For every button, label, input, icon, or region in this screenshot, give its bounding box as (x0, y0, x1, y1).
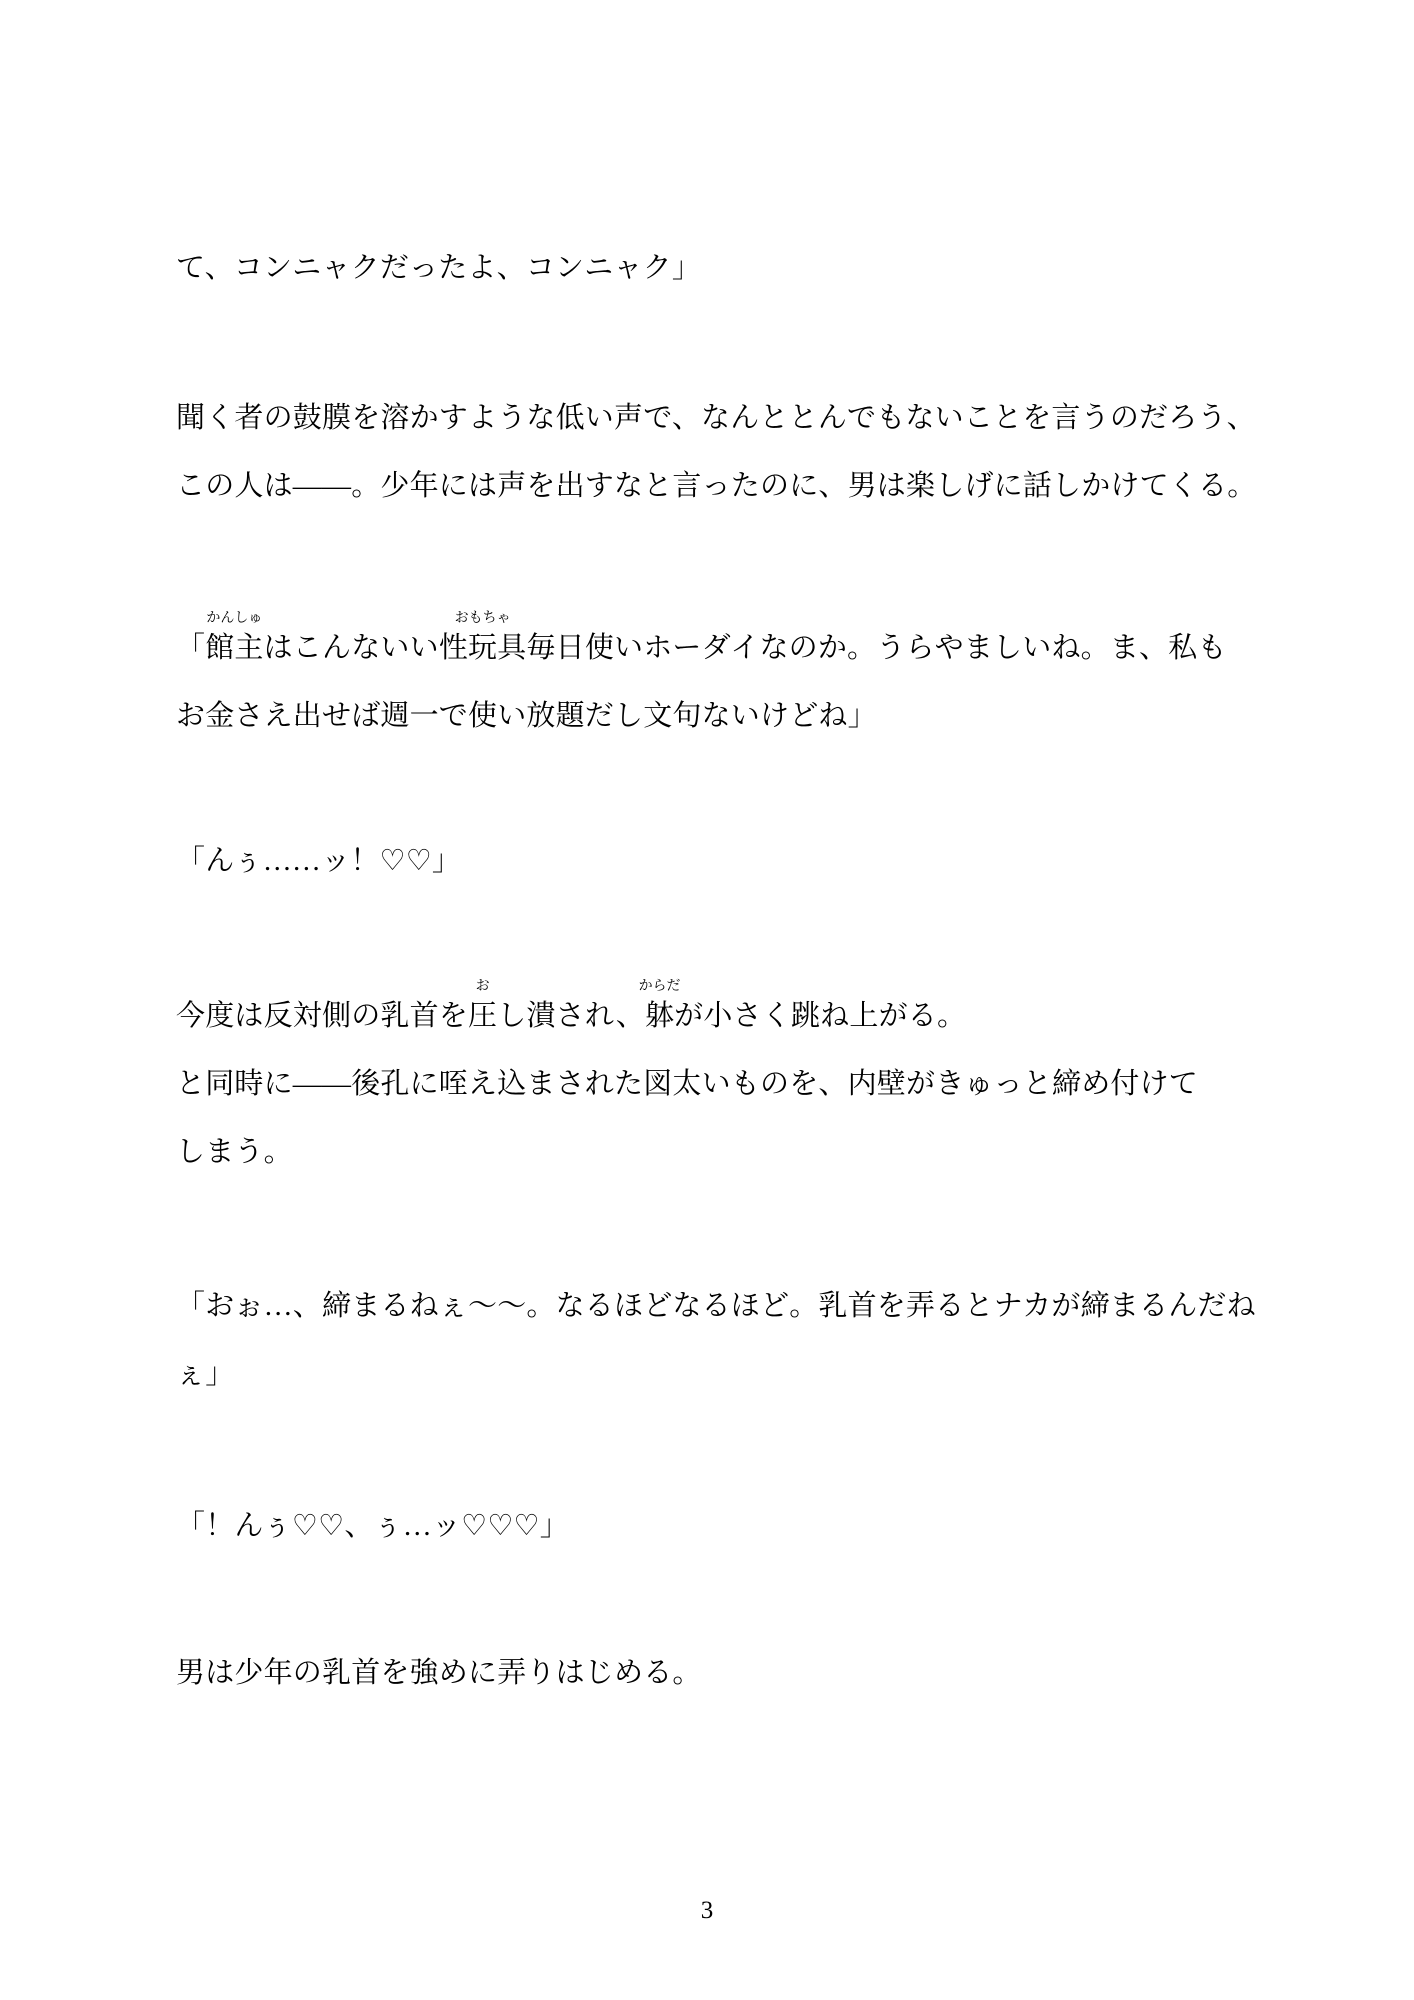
text-line: 「館主かんしゅはこんないい性玩具おもちゃ毎日使いホーダイなのか。うらやましいね。… (176, 614, 1274, 682)
ruby-text: おもちゃ (455, 612, 511, 626)
paragraph-5: 今度は反対側の乳首を圧おし潰され、躰からだが小さく跳ね上がる。と同時に――後孔に… (176, 982, 1274, 1186)
ruby-annotated-text: 性玩具おもちゃ (439, 625, 527, 666)
ruby-annotated-text: 圧お (468, 993, 497, 1034)
paragraph-6: 「おぉ…、締まるねぇ～～。なるほどなるほど。乳首を弄るとナカが締まるんだねぇ」 (176, 1272, 1274, 1408)
document-page: て、コンニャクだったよ、コンニャク」聞く者の鼓膜を溶かすような低い声で、なんとと… (0, 0, 1414, 2000)
text-segment: が小さく跳ね上がる。 (674, 1000, 966, 1032)
page-number: 3 (0, 1896, 1414, 1926)
text-line: 聞く者の鼓膜を溶かすような低い声で、なんととんでもないことを言うのだろう、 (176, 384, 1274, 452)
text-segment: と同時に――後孔に咥え込まされた図太いものを、内壁がきゅっと締め付けて (176, 1068, 1198, 1100)
text-line: 「んぅ……ッ！♡♡」 (176, 827, 1274, 895)
paragraph-2: 聞く者の鼓膜を溶かすような低い声で、なんととんでもないことを言うのだろう、この人… (176, 384, 1274, 520)
paragraph-3: 「館主かんしゅはこんないい性玩具おもちゃ毎日使いホーダイなのか。うらやましいね。… (176, 614, 1274, 750)
text-line: ぇ」 (176, 1340, 1274, 1408)
text-segment: ぇ」 (176, 1358, 234, 1390)
text-segment: 毎日使いホーダイなのか。うらやましいね。ま、私も (526, 632, 1226, 664)
text-line: この人は――。少年には声を出すなと言ったのに、男は楽しげに話しかけてくる。 (176, 452, 1274, 520)
paragraph-8: 男は少年の乳首を強めに弄りはじめる。 (176, 1639, 1274, 1707)
text-segment: 「おぉ…、締まるねぇ～～。なるほどなるほど。乳首を弄るとナカが締まるんだね (176, 1290, 1256, 1322)
text-segment: この人は――。少年には声を出すなと言ったのに、男は楽しげに話しかけてくる。 (176, 470, 1256, 502)
text-segment: 男は少年の乳首を強めに弄りはじめる。 (176, 1657, 702, 1689)
text-line: 男は少年の乳首を強めに弄りはじめる。 (176, 1639, 1274, 1707)
ruby-annotated-text: 館主かんしゅ (205, 625, 263, 666)
text-segment: しまう。 (176, 1136, 293, 1168)
text-segment: 今度は反対側の乳首を (176, 1000, 468, 1032)
text-segment: し潰され、 (497, 1000, 645, 1032)
ruby-text: かんしゅ (206, 612, 262, 626)
ruby-text: お (476, 980, 490, 994)
paragraph-7: 「！んぅ♡♡、ぅ…ッ♡♡♡」 (176, 1492, 1274, 1560)
text-line: 「！んぅ♡♡、ぅ…ッ♡♡♡」 (176, 1492, 1274, 1560)
text-segment: 「！んぅ♡♡、ぅ…ッ♡♡♡」 (176, 1510, 569, 1542)
text-line: と同時に――後孔に咥え込まされた図太いものを、内壁がきゅっと締め付けて (176, 1050, 1274, 1118)
text-segment: はこんないい (264, 632, 439, 664)
text-segment: て、コンニャクだったよ、コンニャク」 (176, 252, 701, 284)
ruby-annotated-text: 躰からだ (645, 993, 674, 1034)
text-segment: 聞く者の鼓膜を溶かすような低い声で、なんととんでもないことを言うのだろう、 (176, 402, 1256, 434)
paragraph-1: て、コンニャクだったよ、コンニャク」 (176, 234, 1274, 302)
text-line: しまう。 (176, 1118, 1274, 1186)
text-line: 今度は反対側の乳首を圧おし潰され、躰からだが小さく跳ね上がる。 (176, 982, 1274, 1050)
text-line: て、コンニャクだったよ、コンニャク」 (176, 234, 1274, 302)
text-line: お金さえ出せば週一で使い放題だし文句ないけどね」 (176, 682, 1274, 750)
ruby-text: からだ (639, 980, 681, 994)
text-segment: 「 (176, 632, 205, 664)
text-segment: 「んぅ……ッ！♡♡」 (176, 845, 461, 877)
text-segment: お金さえ出せば週一で使い放題だし文句ないけどね」 (176, 700, 877, 732)
text-line: 「おぉ…、締まるねぇ～～。なるほどなるほど。乳首を弄るとナカが締まるんだね (176, 1272, 1274, 1340)
paragraph-4: 「んぅ……ッ！♡♡」 (176, 827, 1274, 895)
